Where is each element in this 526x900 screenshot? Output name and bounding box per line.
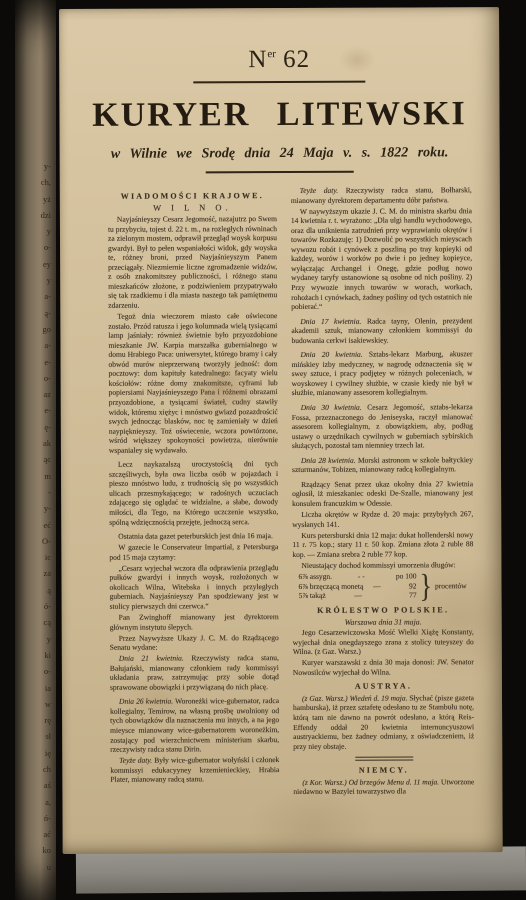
paragraph-lead: Dnia 30 kwietnia. xyxy=(301,403,362,412)
page-edge-fragments: y-ch,yżdziyo-eyya-ą-goa-e-o-aze-ę-akącm-… xyxy=(15,0,56,875)
paragraph-text: „Cesarz wyjechał wczora dla odprawienia … xyxy=(109,563,278,611)
page-edge-fragment: go xyxy=(15,321,51,337)
page-edge-fragment: y xyxy=(15,223,51,239)
page-edge-fragment: ó- xyxy=(15,598,51,614)
page-edge-fragment: ey xyxy=(15,256,51,272)
paragraph-text: Lecz naykazalszą uroczystością dni tych … xyxy=(109,459,278,526)
page-edge-fragment: e- xyxy=(15,354,51,370)
paragraph-text: Pan Zwinghoff mianowany jest dyrektorem … xyxy=(110,612,279,631)
paragraph: (z Kor. Warsz.) Od brzegów Menu d. 11 ma… xyxy=(293,777,474,797)
table-row-label: 5⅞ takąż xyxy=(299,591,326,601)
page-edge-fragment: ię xyxy=(15,745,51,761)
table-row: 5⅞ takąż—77 xyxy=(299,591,417,601)
page-edge-fragment: y xyxy=(15,631,51,647)
page-edge-fragment: ą- xyxy=(15,305,51,321)
paragraph: Nayjaśnieyszy Cesarz Jegomość, nazajutrz… xyxy=(108,214,277,310)
table-row: 6⅞ assygn.- -po 100 xyxy=(298,572,416,582)
paragraph: Lecz naykazalszą uroczystością dni tych … xyxy=(109,459,278,527)
section-divider xyxy=(355,757,413,761)
page-edge-fragment: ak xyxy=(15,435,51,451)
table-row-value: 77 xyxy=(391,591,417,601)
table-row-separator: — xyxy=(363,581,390,591)
paragraph-lead: Dnia 28 kwietnia. xyxy=(301,455,356,464)
table-row-separator: - - xyxy=(332,572,390,582)
paragraph-lead: (z Kor. Warsz.) Od brzegów Menu d. 11 ma… xyxy=(302,777,439,787)
page-edge-fragment: y xyxy=(15,272,51,288)
paragraph-lead: Dnia 21 kwietnia. xyxy=(119,654,184,663)
paragraph: Teyże daty. Rzeczywisty radca stanu, Boł… xyxy=(291,185,472,205)
paragraph: Teyże daty. Były wice-gubernator wołyńsk… xyxy=(110,755,279,784)
masthead-dateline: w Wilnie we Srodę dnia 24 Maja v. s. 182… xyxy=(60,145,500,163)
paragraph: Liczba okrętów w Rydze d. 20 maja: przyb… xyxy=(292,509,473,529)
paragraph-text: Ostatnia data gazet peterburskich jest d… xyxy=(118,531,273,541)
paragraph-lead: Dnia 20 kwietnia. xyxy=(300,350,362,359)
section-dateline: Warszawa dnia 31 maja. xyxy=(293,617,474,627)
page-edge-fragment: eć xyxy=(15,517,51,533)
paragraph-text: W gazecie le Conservateur Impartial, z P… xyxy=(109,542,278,561)
page-edge-fragment: a- xyxy=(15,337,51,353)
paragraph-text: Tegoż dnia wieczorem miasto całe oświeco… xyxy=(108,311,278,454)
page-edge-fragment: o- xyxy=(15,239,51,255)
page-edge-fragment: ch xyxy=(15,761,51,777)
paragraph-text: Rządzący Senat przez ukaz okolny dnia 27… xyxy=(292,479,473,508)
previous-page-edge: y-ch,yżdziyo-eyya-ą-goa-e-o-aze-ę-akącm-… xyxy=(15,0,56,900)
text-columns: WIADOMOŚCI KRAJOWE.W I L N O. Nayjaśniey… xyxy=(60,185,503,799)
page-edge-fragment: yż xyxy=(15,191,51,207)
page-edge-fragment: ko xyxy=(15,842,51,858)
paragraph: Dnia 20 kwietnia. Sztabs-lekarz Marburg,… xyxy=(291,349,472,398)
paragraph: Kurs petersburski dnia 12 maja: dukat ho… xyxy=(292,530,473,559)
issue-prefix: N xyxy=(248,46,267,73)
paragraph: Ostatnia data gazet peterburskich jest d… xyxy=(109,531,278,541)
page-edge-fragment: ic xyxy=(15,549,51,565)
paragraph: Przez Naywyższe Ukazy J. C. M. do Rządzą… xyxy=(110,633,279,653)
page-edge-fragment: m xyxy=(15,468,51,484)
section-heading: KRÓLESTWO POLSKIE. xyxy=(293,605,474,615)
paragraph: W naywyższym ukazie J. C. M. do ministra… xyxy=(291,206,472,312)
page-edge-fragment: u xyxy=(15,859,51,875)
page-edge-fragment: a, xyxy=(15,794,51,810)
paragraph: Jego Cesarzewiczowska Mość Wielki Xiążę … xyxy=(293,627,474,656)
page-edge-fragment: - xyxy=(15,484,51,500)
paragraph: Kuryer warszawski z dnia 30 maja donosi:… xyxy=(293,657,474,677)
page-edge-fragment: sł xyxy=(15,728,51,744)
newspaper-title: KURYER LITEWSKI xyxy=(59,95,499,135)
page-edge-fragment: cą xyxy=(15,614,51,630)
paragraph-text: Kurs petersburski dnia 12 maja: dukat ho… xyxy=(292,530,473,559)
paragraph-lead: Teyże daty. xyxy=(119,756,152,765)
paragraph: Dnia 30 kwietnia. Cesarz Jegomość, sztab… xyxy=(292,402,473,451)
page-edge-fragment: y- xyxy=(15,158,51,174)
paragraph-lead: Dnia 17 kwietnia. xyxy=(300,316,361,325)
paragraph: Dnia 26 kwietnia. Woroneżki wice-guberna… xyxy=(110,696,279,754)
issue-superscript: er xyxy=(267,48,276,60)
page-edge-fragment: ia xyxy=(15,680,51,696)
brace-glyph: } xyxy=(419,580,432,592)
page-edge-fragment: ń- xyxy=(15,810,51,826)
page-edge-fragment: ąc xyxy=(15,451,51,467)
rates-table: Nieustający dochod kommissyi umorzenia d… xyxy=(292,560,473,601)
paragraph: Pan Zwinghoff mianowany jest dyrektorem … xyxy=(110,612,279,632)
page-edge-fragment: y- xyxy=(15,500,51,516)
page-edge-fragment: dzi xyxy=(15,207,51,223)
paragraph: Tegoż dnia wieczorem miasto całe oświeco… xyxy=(108,311,278,455)
table-row-separator: — xyxy=(326,591,391,601)
masthead-rule-bottom xyxy=(206,171,354,174)
page-edge-fragment: e- xyxy=(15,402,51,418)
page-edge-fragment: O- xyxy=(15,533,51,549)
section-heading: W I L N O. xyxy=(108,203,277,213)
paragraph: Dnia 21 kwietnia. Rzeczywisty radca stan… xyxy=(110,653,279,692)
paragraph-text: Przez Naywyższe Ukazy J. C. M. do Rządzą… xyxy=(110,633,279,652)
table-row: 6⅞ brzęczącą monetą—92 xyxy=(299,581,417,591)
paragraph: Dnia 17 kwietnia. Radca tayny, Olenin, p… xyxy=(291,316,472,345)
table-row-label: 6⅞ assygn. xyxy=(298,572,332,582)
paragraph: Rządzący Senat przez ukaz okolny dnia 27… xyxy=(292,479,473,508)
table-row-value: 92 xyxy=(391,581,417,591)
paragraph-text: Kuryer warszawski z dnia 30 maja donosi:… xyxy=(293,657,474,676)
page-edge-fragment: ę- xyxy=(15,419,51,435)
paragraph-lead: Teyże daty. xyxy=(300,186,338,195)
table-intro: Nieustający dochod kommissyi umorzenia d… xyxy=(292,560,473,570)
paragraph-text: Liczba okrętów w Rydze d. 20 maja: przyb… xyxy=(292,509,473,528)
paragraph: Dnia 28 kwietnia. Morski astronom w szko… xyxy=(292,455,473,475)
page-edge-fragment: ać xyxy=(15,826,51,842)
page-edge-fragment: o- xyxy=(15,370,51,386)
page-edge-fragment: rę xyxy=(15,712,51,728)
left-column: WIADOMOŚCI KRAJOWE.W I L N O. Nayjaśniey… xyxy=(108,186,280,799)
table-side-label: procentów xyxy=(435,581,467,591)
section-heading: AUSTRYA. xyxy=(293,682,474,692)
page-edge-fragment: za xyxy=(15,565,51,581)
paragraph: (z Gaz. Warsz.) Wiedeń d. 19 maja. Słych… xyxy=(293,693,474,751)
paragraph: „Cesarz wyjechał wczora dla odprawienia … xyxy=(109,563,278,611)
paragraph-lead: Dnia 26 kwietnia. xyxy=(119,697,173,706)
scanned-newspaper-view: y-ch,yżdziyo-eyya-ą-goa-e-o-aze-ę-akącm-… xyxy=(0,0,526,900)
paragraph-text: W naywyższym ukazie J. C. M. do ministra… xyxy=(291,206,472,311)
paragraph: W gazecie le Conservateur Impartial, z P… xyxy=(109,542,278,562)
masthead-rule-top xyxy=(193,81,365,84)
paragraph-text: Jego Cesarzewiczowska Mość Wielki Xiążę … xyxy=(293,627,474,656)
page-edge-fragment: ą xyxy=(15,582,51,598)
section-heading: WIADOMOŚCI KRAJOWE. xyxy=(108,191,277,201)
page-edge-fragment: ki xyxy=(15,647,51,663)
newspaper-page: Ner 62 KURYER LITEWSKI w Wilnie we Srodę… xyxy=(59,7,503,854)
page-edge-fragment: a- xyxy=(15,288,51,304)
page-edge-fragment: aś xyxy=(15,777,51,793)
page-edge-fragment: az xyxy=(15,386,51,402)
page-edge-fragment: w xyxy=(15,696,51,712)
section-heading: NIEMCY. xyxy=(293,765,474,775)
table-row-value: po 100 xyxy=(390,572,416,582)
page-edge-fragment: o- xyxy=(15,663,51,679)
right-column: Teyże daty. Rzeczywisty radca stanu, Boł… xyxy=(291,185,475,798)
page-edge-fragment: ch, xyxy=(15,174,51,190)
paragraph-text: Nayjaśnieyszy Cesarz Jegomość, nazajutrz… xyxy=(108,214,277,310)
issue-number: Ner 62 xyxy=(59,45,499,75)
table-row-label: 6⅞ brzęczącą monetą xyxy=(299,582,364,592)
issue-digits: 62 xyxy=(276,46,310,73)
paragraph-lead: (z Gaz. Warsz.) Wiedeń d. 19 maja. xyxy=(302,693,407,702)
